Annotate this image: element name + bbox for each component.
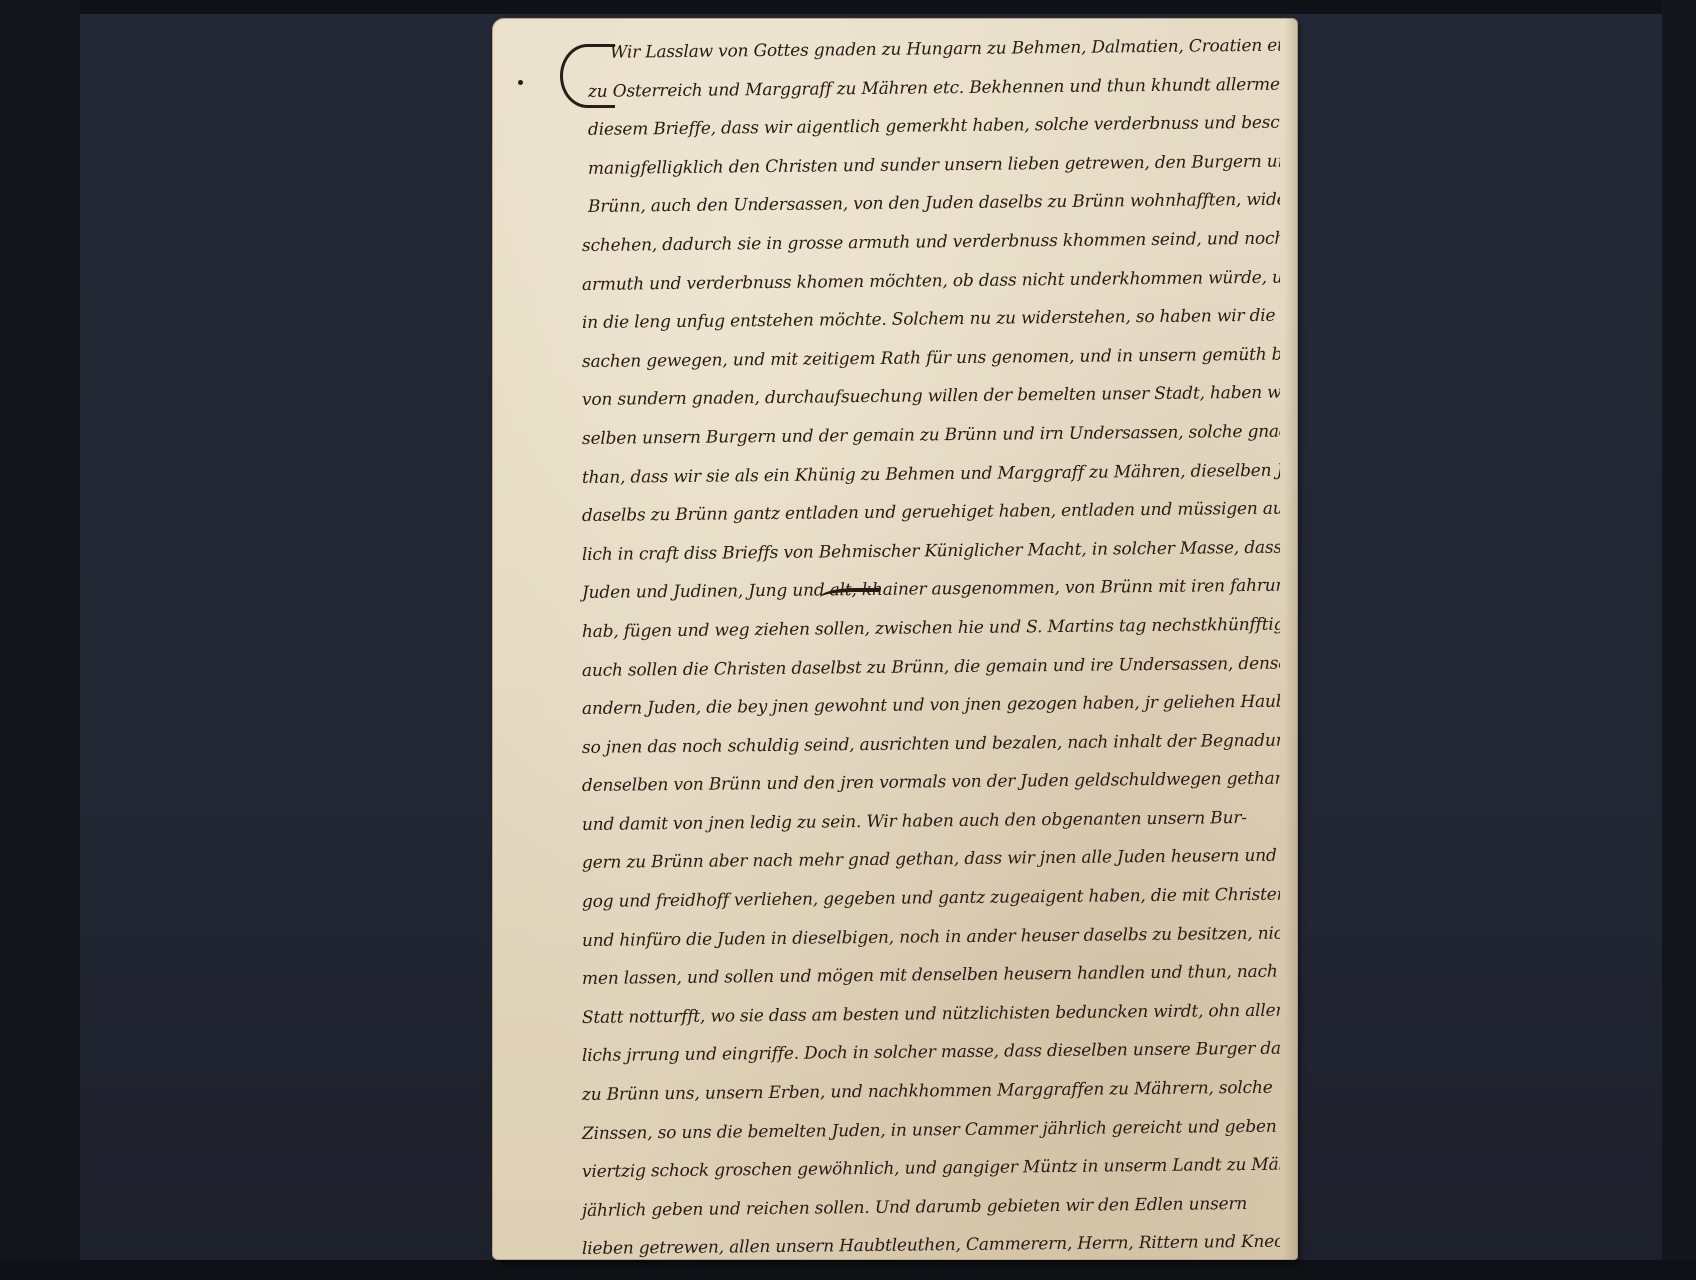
- scan-backdrop-left-edge: [0, 0, 80, 1280]
- scan-backdrop-right-edge: [1662, 0, 1696, 1280]
- text-line: hab, fügen und weg ziehen sollen, zwisch…: [580, 606, 1280, 652]
- scan-top-strip: [0, 0, 1696, 14]
- text-line: schehen, dadurch sie in grosse armuth un…: [580, 220, 1280, 266]
- text-line: selben unsern Burgern und der gemain zu …: [580, 413, 1280, 459]
- text-line: Wir Lasslaw von Gottes gnaden zu Hungarn…: [580, 27, 1280, 73]
- text-line: lieben getrewen, allen unsern Haubtleuth…: [580, 1223, 1280, 1269]
- text-line: zu Brünn uns, unsern Erben, und nachkhom…: [580, 1069, 1280, 1115]
- ink-dot-mark: [518, 80, 523, 85]
- manuscript-text: Wir Lasslaw von Gottes gnaden zu Hungarn…: [580, 34, 1280, 1269]
